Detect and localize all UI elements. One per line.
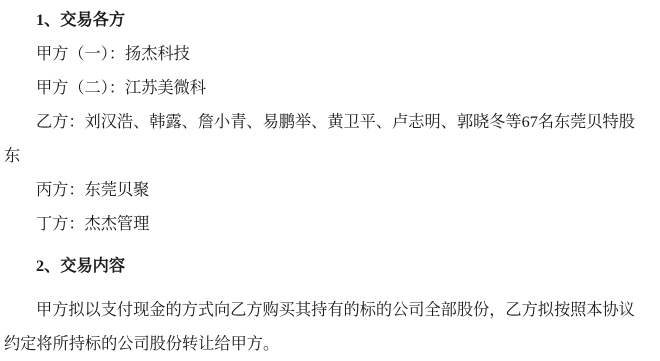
heading-transaction-parties: 1、交易各方 — [4, 3, 656, 37]
party-line-jia-2: 甲方（二）：江苏美微科 — [4, 71, 656, 105]
party-line-yi-part-2: 东 — [4, 139, 656, 173]
party-line-yi-part-1: 乙方：刘汉浩、韩露、詹小青、易鹏举、黄卫平、卢志明、郭晓冬等67名东莞贝特股 — [4, 105, 656, 139]
party-line-ding: 丁方：杰杰管理 — [4, 207, 656, 241]
heading-transaction-content: 2、交易内容 — [4, 249, 656, 283]
party-line-jia-1: 甲方（一）：扬杰科技 — [4, 37, 656, 71]
content-body-line-2: 约定将所持标的公司股份转让给甲方。 — [4, 327, 656, 361]
document-page: 1、交易各方 甲方（一）：扬杰科技 甲方（二）：江苏美微科 乙方：刘汉浩、韩露、… — [0, 0, 660, 361]
party-line-bing: 丙方：东莞贝聚 — [4, 173, 656, 207]
content-body-line-1: 甲方拟以支付现金的方式向乙方购买其持有的标的公司全部股份，乙方拟按照本协议 — [4, 293, 656, 327]
